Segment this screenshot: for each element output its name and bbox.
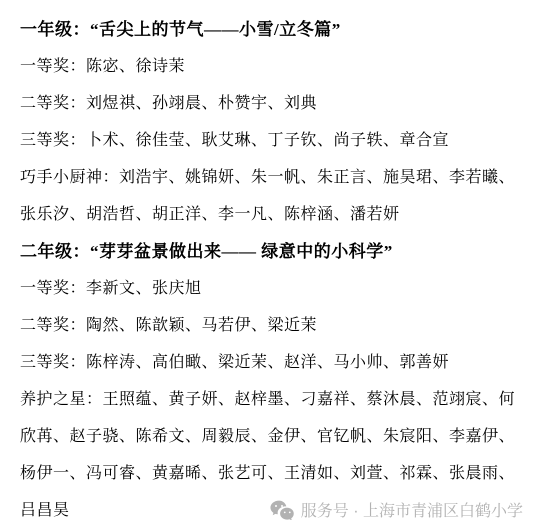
wechat-icon (270, 500, 295, 520)
award-names: 陈宓、徐诗茉 (86, 58, 185, 75)
award-label: 二等奖： (20, 317, 86, 334)
award-label: 养护之星： (20, 391, 103, 408)
award-names: 刘煜祺、孙翊晨、朴赞宇、刘典 (86, 95, 317, 112)
section-title: 二年级：“芽芽盆景做出来—— 绿意中的小科学” (20, 233, 517, 270)
award-label: 一等奖： (20, 58, 86, 75)
section-grade-1: 一年级：“舌尖上的节气——小雪/立冬篇” 一等奖：陈宓、徐诗茉 二等奖：刘煜祺、… (20, 11, 517, 233)
section-grade-2: 二年级：“芽芽盆景做出来—— 绿意中的小科学” 一等奖：李新文、张庆旭 二等奖：… (20, 233, 517, 529)
award-entry: 三等奖：卜术、徐佳莹、耿艾琳、丁子钦、尚子轶、章合宣 (20, 122, 517, 159)
award-label: 巧手小厨神： (20, 169, 119, 186)
award-label: 一等奖： (20, 280, 86, 297)
award-names: 陶然、陈歆颖、马若伊、梁近茉 (86, 317, 317, 334)
award-document: 一年级：“舌尖上的节气——小雪/立冬篇” 一等奖：陈宓、徐诗茉 二等奖：刘煜祺、… (0, 0, 537, 530)
award-entry: 一等奖：陈宓、徐诗茉 (20, 48, 517, 85)
award-names: 陈梓涛、高伯瞰、梁近茉、赵洋、马小帅、郭善妍 (86, 354, 449, 371)
wechat-watermark: 服务号 · 上海市青浦区白鹤小学 (270, 498, 523, 521)
award-entry: 二等奖：刘煜祺、孙翊晨、朴赞宇、刘典 (20, 85, 517, 122)
section-title: 一年级：“舌尖上的节气——小雪/立冬篇” (20, 11, 517, 48)
award-label: 三等奖： (20, 354, 86, 371)
award-names: 李新文、张庆旭 (86, 280, 202, 297)
award-entry: 巧手小厨神：刘浩宇、姚锦妍、朱一帆、朱正言、施昊珺、李若曦、张乐汐、胡浩哲、胡正… (20, 159, 517, 233)
award-label: 二等奖： (20, 95, 86, 112)
award-entry: 一等奖：李新文、张庆旭 (20, 270, 517, 307)
footer-account-text: 服务号 · 上海市青浦区白鹤小学 (301, 498, 523, 521)
award-entry: 二等奖：陶然、陈歆颖、马若伊、梁近茉 (20, 307, 517, 344)
award-label: 三等奖： (20, 132, 86, 149)
award-entry: 三等奖：陈梓涛、高伯瞰、梁近茉、赵洋、马小帅、郭善妍 (20, 344, 517, 381)
award-names: 卜术、徐佳莹、耿艾琳、丁子钦、尚子轶、章合宣 (86, 132, 449, 149)
